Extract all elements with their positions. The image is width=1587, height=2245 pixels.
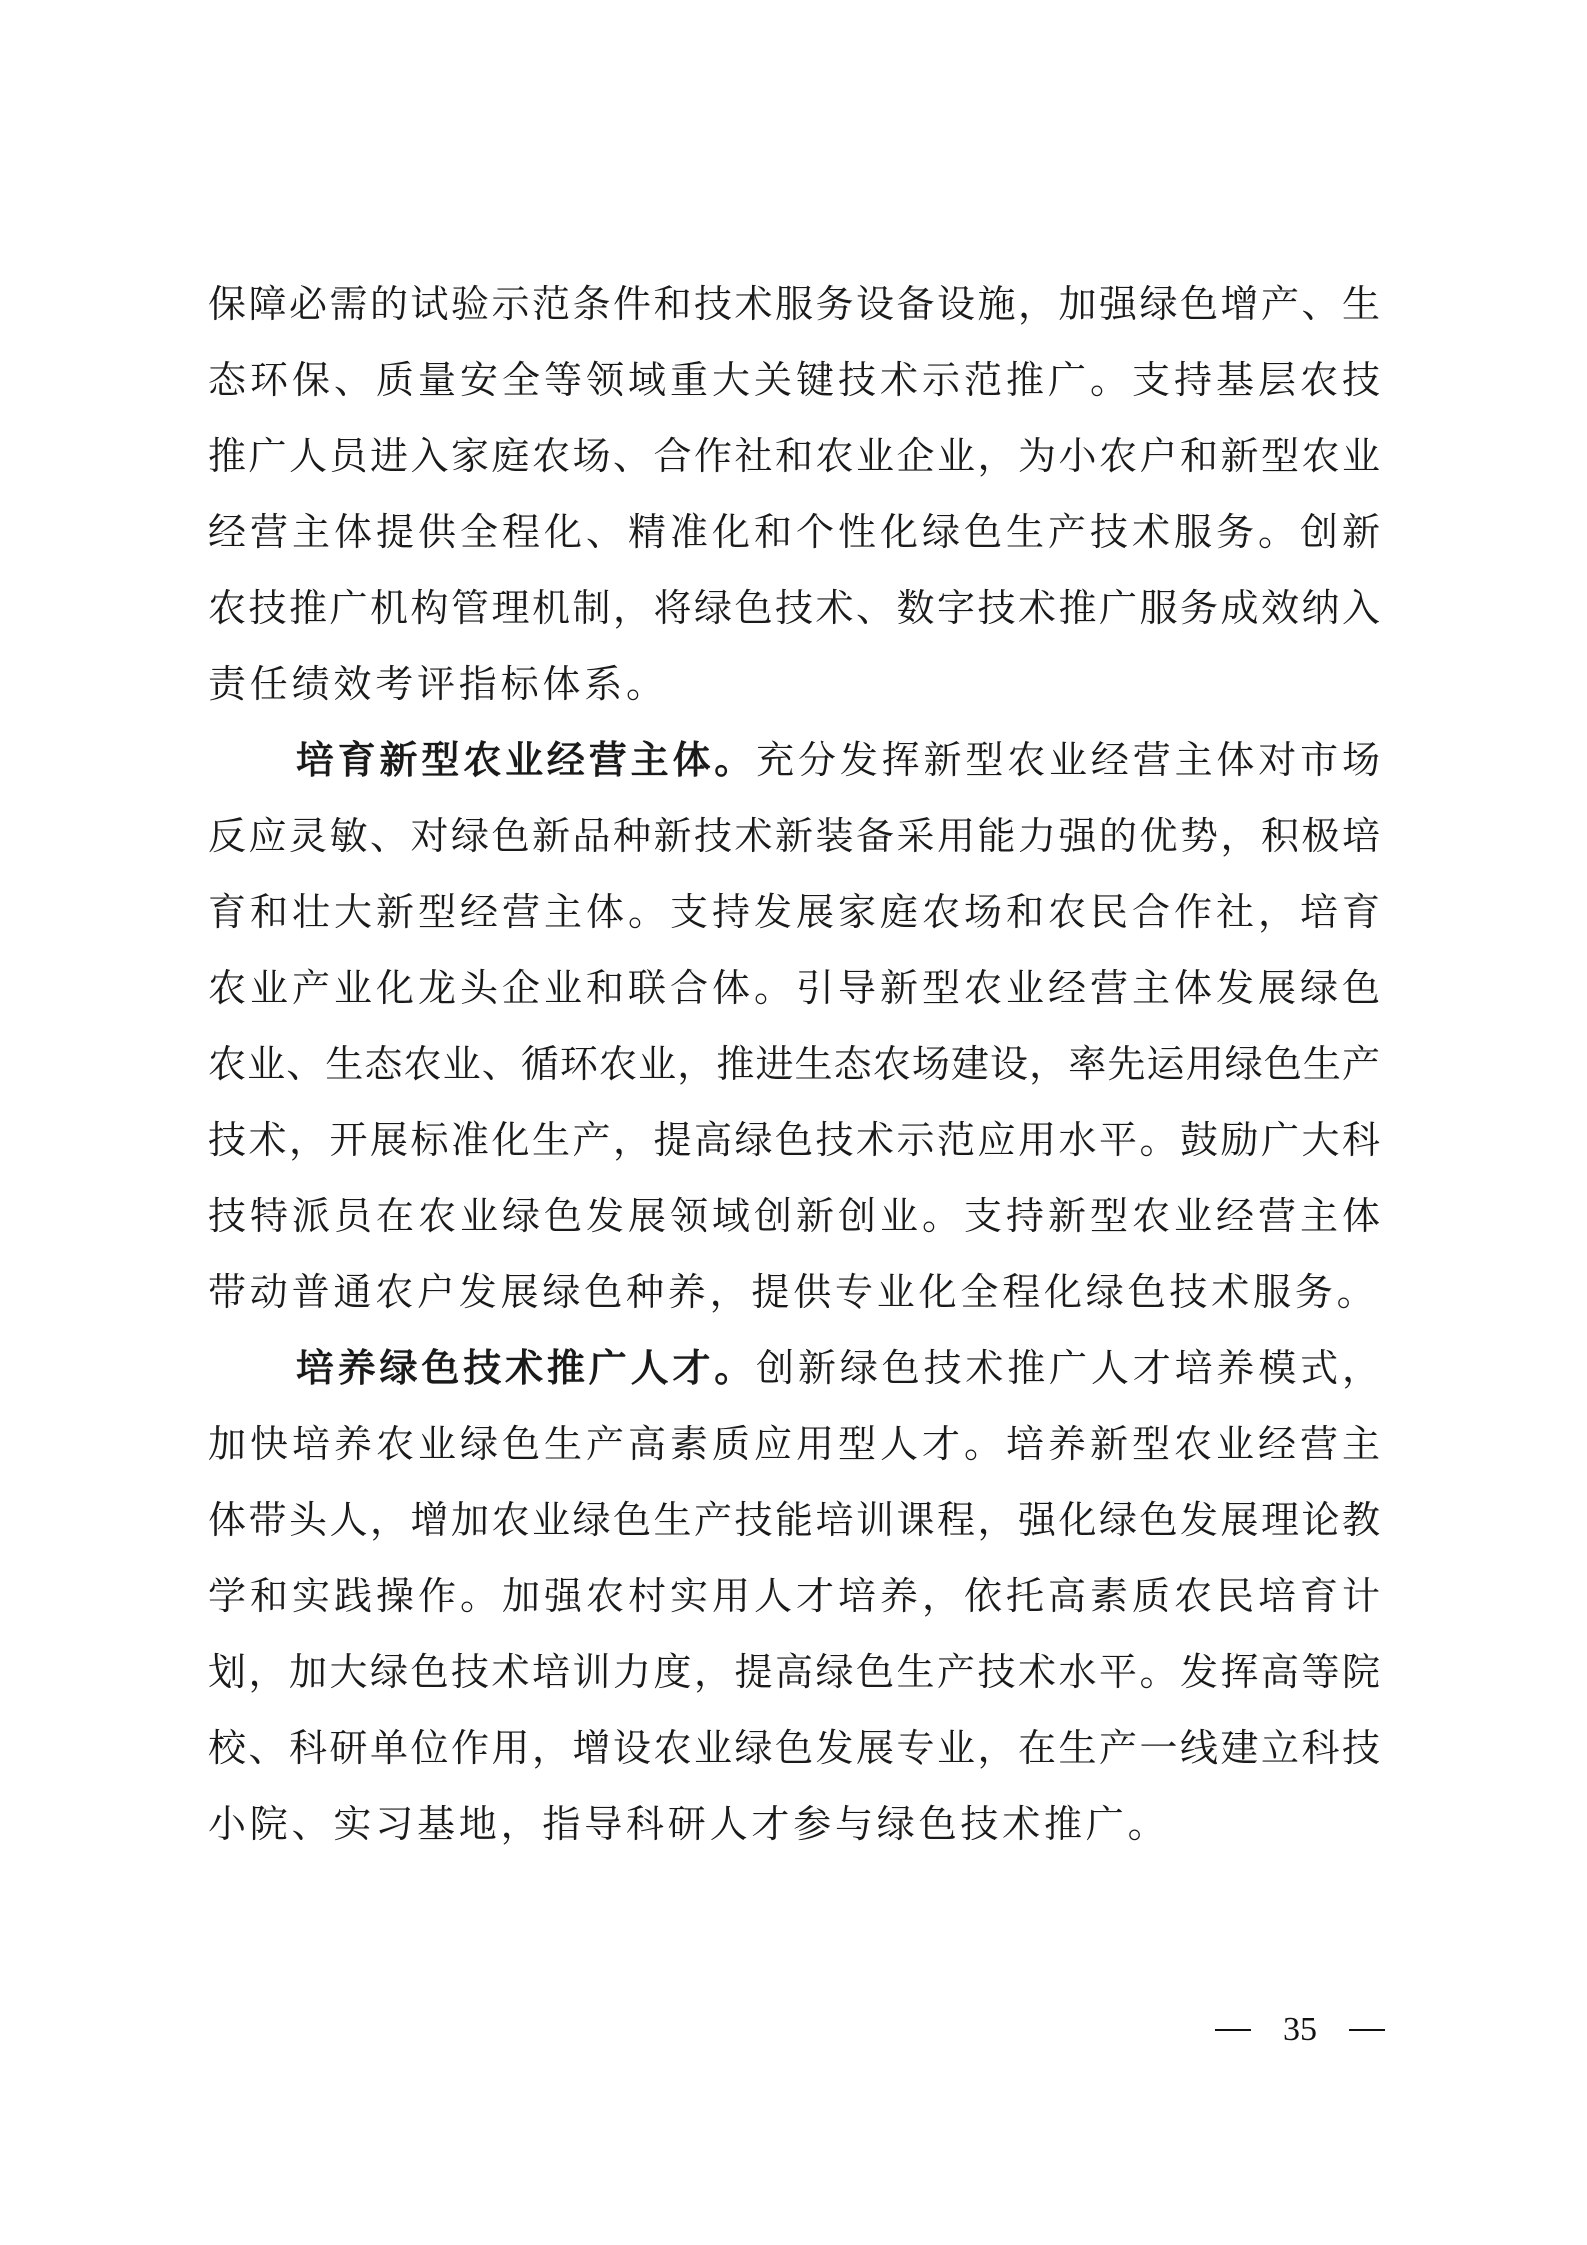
body-text: 保障必需的试验示范条件和技术服务设备设施，加强绿色增产、生 态环保、质量安全等领…	[208, 266, 1380, 1862]
text-line: 体带头人，增加农业绿色生产技能培训课程，强化绿色发展理论教	[208, 1482, 1380, 1558]
text-segment: 创新绿色技术推广人才培养模式，	[756, 1346, 1380, 1390]
text-line-first: 培育新型农业经营主体。充分发挥新型农业经营主体对市场	[208, 722, 1380, 798]
paragraph-new-business-entities: 培育新型农业经营主体。充分发挥新型农业经营主体对市场 反应灵敏、对绿色新品种新技…	[208, 722, 1380, 1330]
page-number: 35	[1283, 2011, 1317, 2049]
text-segment: 充分发挥新型农业经营主体对市场	[756, 738, 1380, 782]
page-number-footer: 35	[1215, 2000, 1385, 2060]
text-line: 加快培养农业绿色生产高素质应用型人才。培养新型农业经营主	[208, 1406, 1380, 1482]
text-line: 小院、实习基地，指导科研人才参与绿色技术推广。	[208, 1786, 1380, 1862]
paragraph-lead-heading: 培养绿色技术推广人才。	[292, 1346, 756, 1390]
text-line: 推广人员进入家庭农场、合作社和农业企业，为小农户和新型农业	[208, 418, 1380, 494]
text-line: 育和壮大新型经营主体。支持发展家庭农场和农民合作社，培育	[208, 874, 1380, 950]
text-line: 划，加大绿色技术培训力度，提高绿色生产技术水平。发挥高等院	[208, 1634, 1380, 1710]
text-line: 校、科研单位作用，增设农业绿色发展专业，在生产一线建立科技	[208, 1710, 1380, 1786]
document-page: 保障必需的试验示范条件和技术服务设备设施，加强绿色增产、生 态环保、质量安全等领…	[0, 0, 1587, 2245]
text-line: 责任绩效考评指标体系。	[208, 646, 1380, 722]
text-line-first: 培养绿色技术推广人才。创新绿色技术推广人才培养模式，	[208, 1330, 1380, 1406]
em-dash-left	[1215, 2029, 1251, 2031]
text-line: 经营主体提供全程化、精准化和个性化绿色生产技术服务。创新	[208, 494, 1380, 570]
text-line: 农业产业化龙头企业和联合体。引导新型农业经营主体发展绿色	[208, 950, 1380, 1026]
text-line: 反应灵敏、对绿色新品种新技术新装备采用能力强的优势，积极培	[208, 798, 1380, 874]
text-line: 农技推广机构管理机制，将绿色技术、数字技术推广服务成效纳入	[208, 570, 1380, 646]
paragraph-green-tech-talent: 培养绿色技术推广人才。创新绿色技术推广人才培养模式， 加快培养农业绿色生产高素质…	[208, 1330, 1380, 1862]
paragraph-lead-heading: 培育新型农业经营主体。	[292, 738, 756, 782]
em-dash-right	[1349, 2029, 1385, 2031]
text-line: 态环保、质量安全等领域重大关键技术示范推广。支持基层农技	[208, 342, 1380, 418]
text-line: 农业、生态农业、循环农业，推进生态农场建设，率先运用绿色生产	[208, 1026, 1380, 1102]
text-line: 技特派员在农业绿色发展领域创新创业。支持新型农业经营主体	[208, 1178, 1380, 1254]
text-line: 保障必需的试验示范条件和技术服务设备设施，加强绿色增产、生	[208, 266, 1380, 342]
text-line: 技术，开展标准化生产，提高绿色技术示范应用水平。鼓励广大科	[208, 1102, 1380, 1178]
text-line: 学和实践操作。加强农村实用人才培养，依托高素质农民培育计	[208, 1558, 1380, 1634]
text-line: 带动普通农户发展绿色种养，提供专业化全程化绿色技术服务。	[208, 1254, 1380, 1330]
paragraph-continuation: 保障必需的试验示范条件和技术服务设备设施，加强绿色增产、生 态环保、质量安全等领…	[208, 266, 1380, 722]
